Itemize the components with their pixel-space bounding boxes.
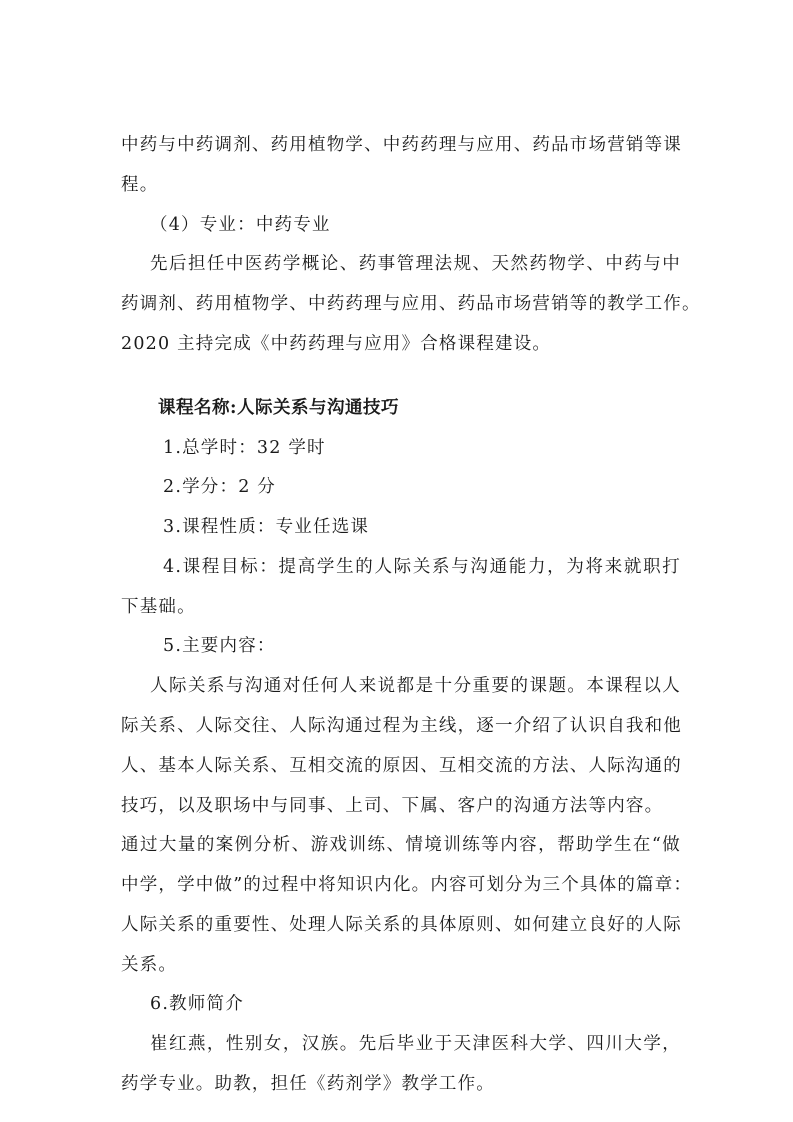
document-page-tail: 课程名称：特殊教育 1.总学时：32 学时 (0, 0, 793, 1122)
